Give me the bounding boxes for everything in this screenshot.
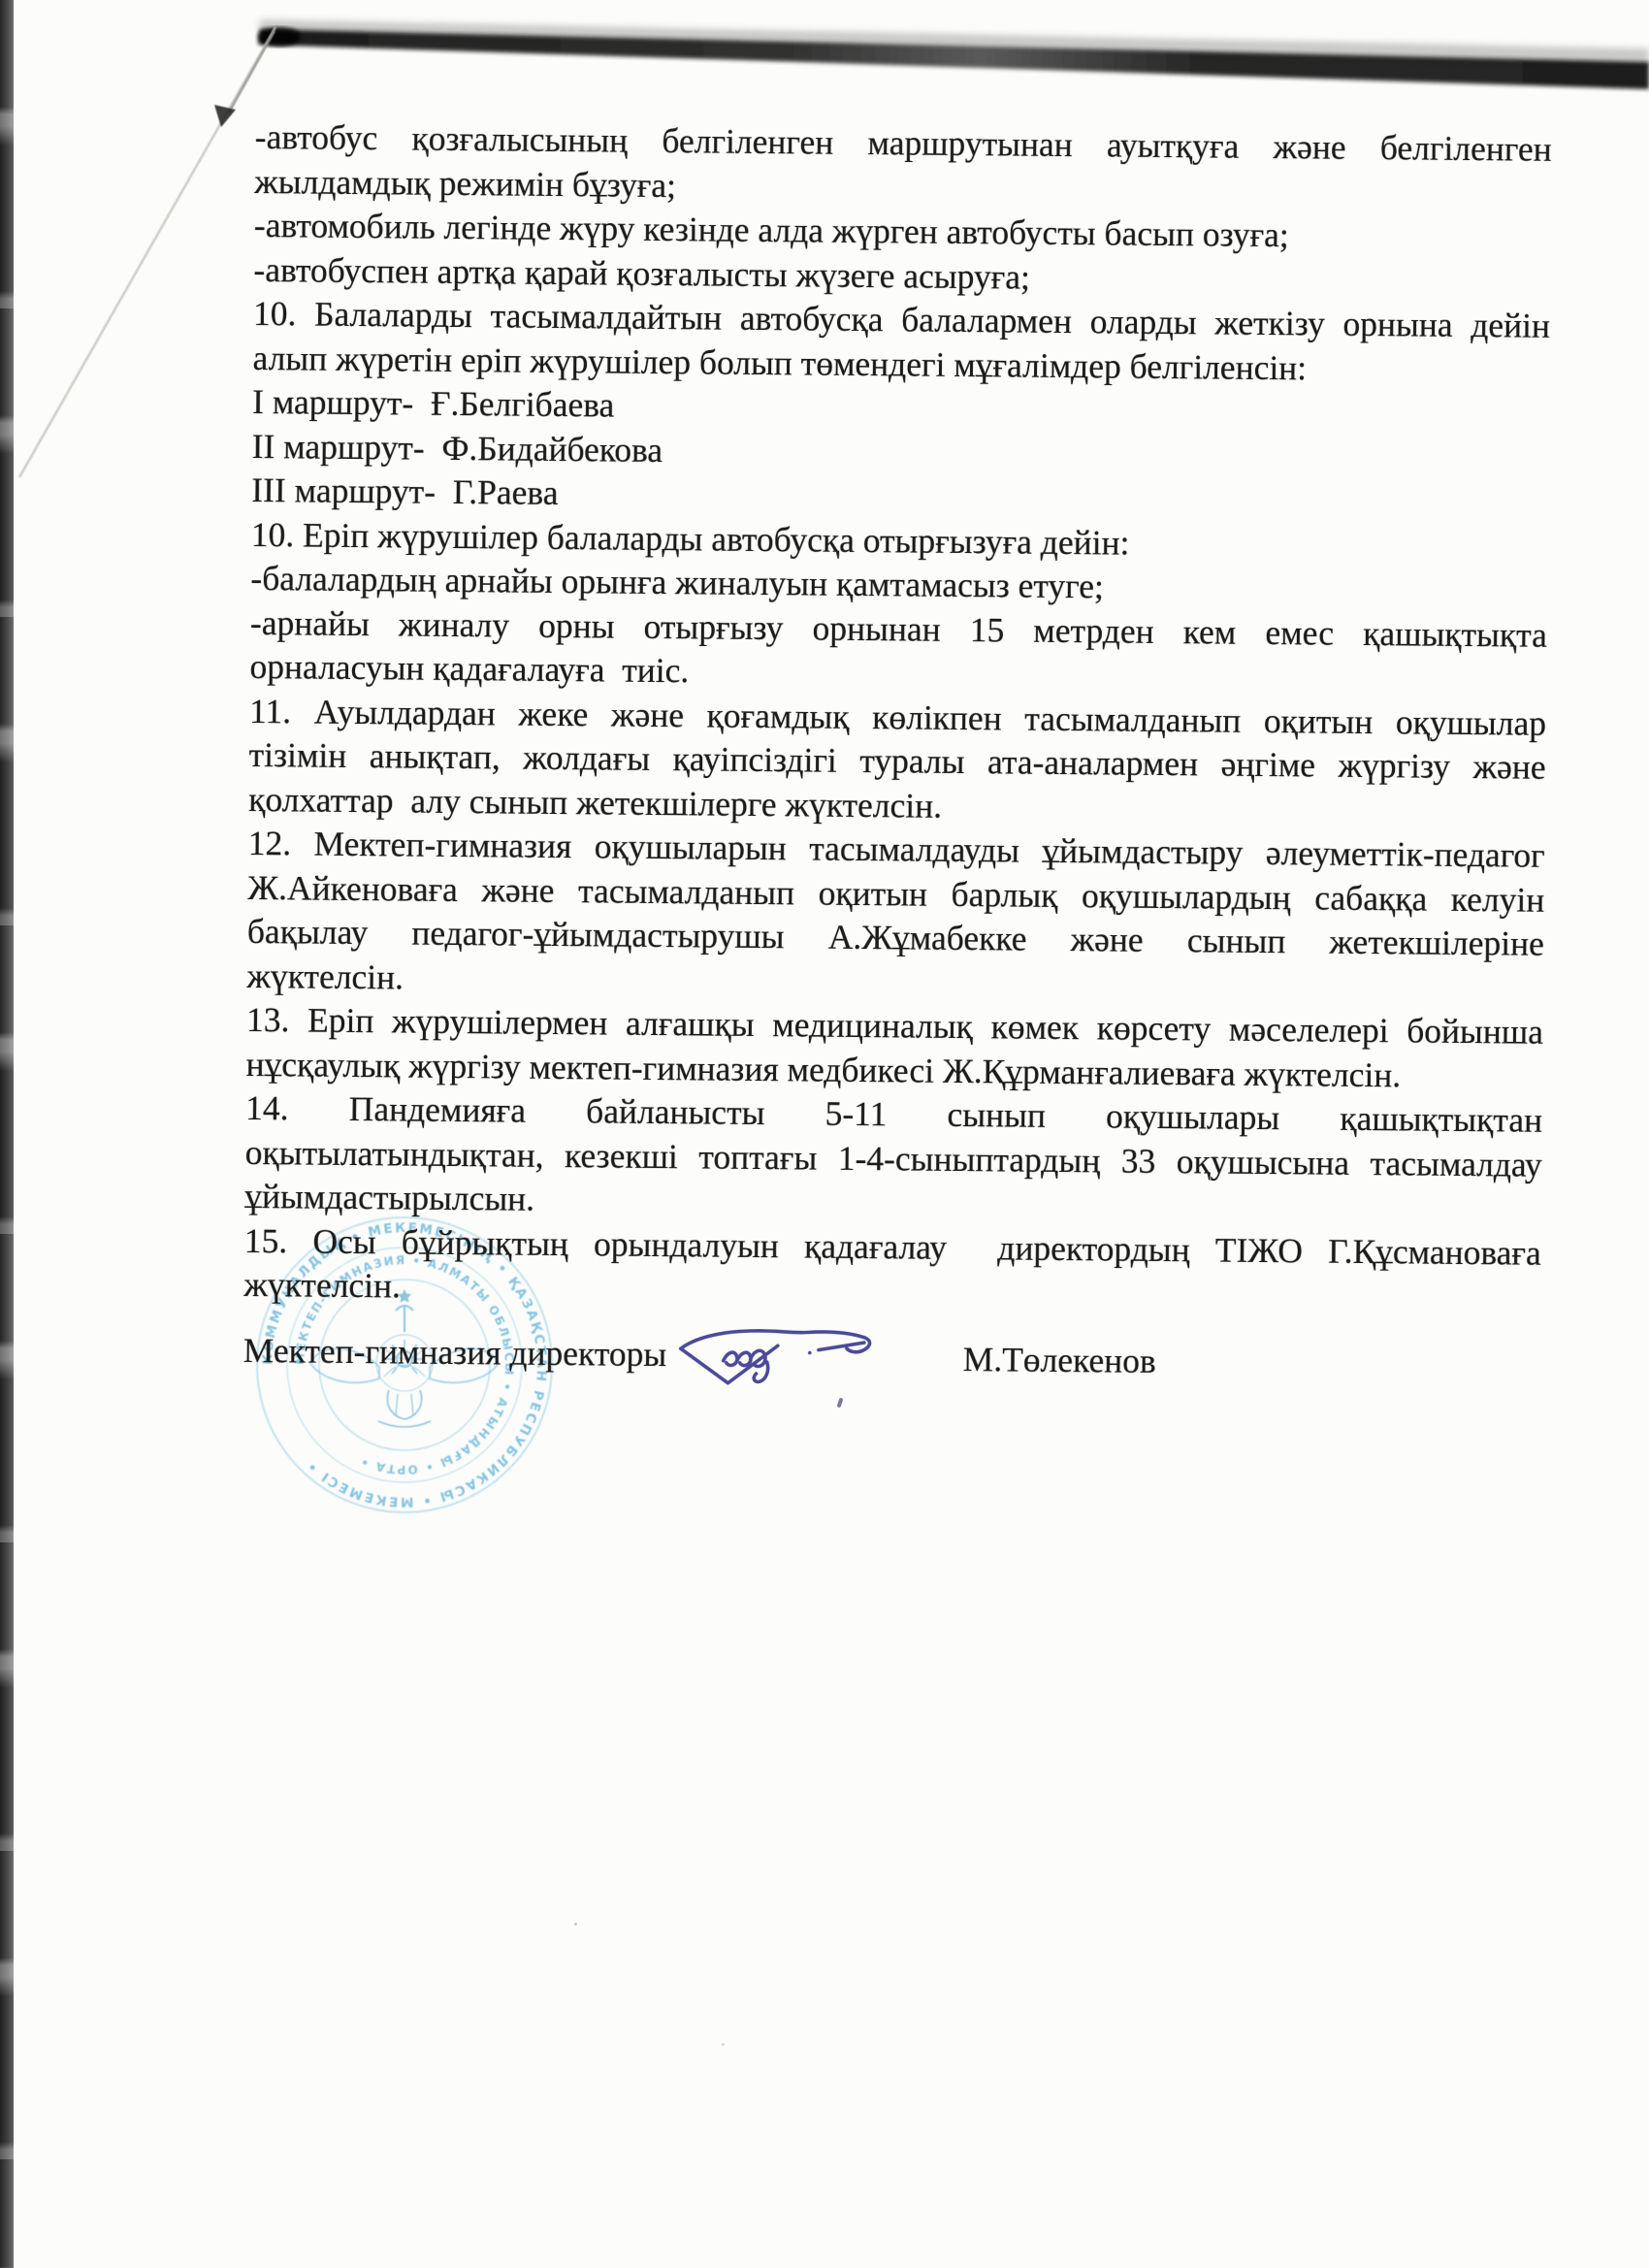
dust-speck bbox=[574, 1923, 577, 1926]
signature-row: Мектеп-гимназия директоры М.Төлекенов bbox=[242, 1320, 1540, 1440]
document-lines: -автобус қозғалысының белгіленген маршру… bbox=[243, 115, 1552, 1319]
document-body: -автобус қозғалысының белгіленген маршру… bbox=[242, 115, 1552, 1440]
paper-corner-crease bbox=[19, 27, 275, 477]
dust-speck bbox=[722, 2043, 725, 2046]
signature-ink bbox=[672, 1321, 881, 1412]
shadow-blob bbox=[258, 27, 301, 47]
signatory-name: М.Төлекенов bbox=[963, 1338, 1156, 1383]
scanned-document-page: КОММУНАЛДЫҚ • МЕКЕМЕСІНІҢ • ҚАЗАҚСТАН РЕ… bbox=[0, 0, 1649, 2268]
paper-corner-crease-dark bbox=[229, 31, 275, 113]
signatory-role: Мектеп-гимназия директоры bbox=[243, 1328, 667, 1377]
